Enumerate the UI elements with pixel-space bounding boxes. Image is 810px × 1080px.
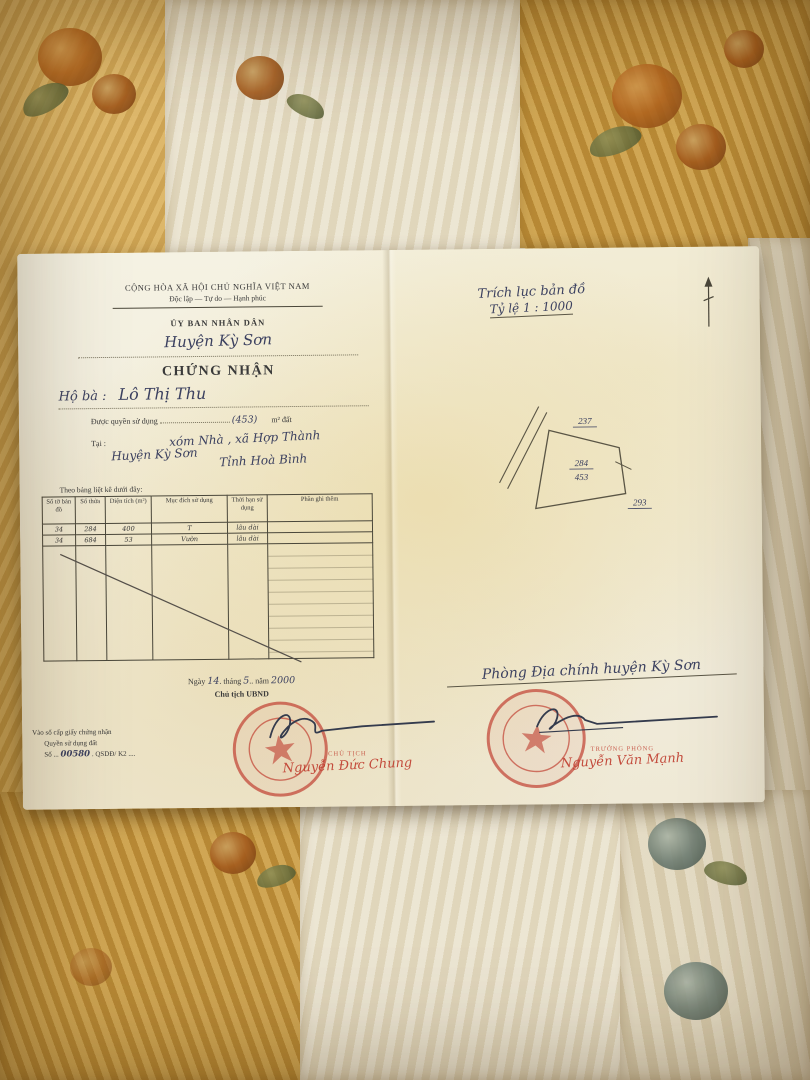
registry-line3-prefix: Số ... [44, 750, 58, 758]
address-province: Tỉnh Hoà Bình [219, 451, 307, 469]
rose-flower [38, 28, 102, 86]
grant-label: Được quyền sử dụng [91, 416, 158, 426]
edge-length-right: 293 [633, 497, 647, 507]
address-district: Huyện Kỳ Sơn [111, 446, 198, 464]
parcel-area: 453 [575, 472, 589, 482]
rose-flower [724, 30, 764, 68]
land-certificate-document: CỘNG HÒA XÃ HỘI CHỦ NGHĨA VIỆT NAM Độc l… [17, 246, 765, 810]
fabric-patch [620, 790, 810, 1080]
holder-label: Hộ bà : [59, 389, 107, 405]
parcel-table-wrap: Số tờ bản đồ Số thửa Diện tích (m²) Mục … [42, 493, 374, 668]
motto-underline [113, 306, 323, 309]
parcel-sketch: 237 284 453 293 [497, 405, 658, 525]
photo-scene: CỘNG HÒA XÃ HỘI CHỦ NGHĨA VIỆT NAM Độc l… [0, 0, 810, 1080]
rose-flower [612, 64, 682, 128]
ruled-line [78, 354, 358, 358]
ruled-line [59, 405, 369, 409]
rose-flower [70, 948, 112, 986]
issuing-agency: ỦY BAN NHÂN DÂN [88, 316, 348, 329]
fabric-patch [0, 792, 320, 1080]
date-prefix: Ngày [188, 677, 205, 686]
table-intro: Theo bảng liệt kê dưới đây: [60, 485, 143, 495]
rose-flower [676, 124, 726, 170]
national-motto-line2: Độc lập — Tự do — Hạnh phúc [88, 292, 348, 304]
registry-number: 00580 [60, 749, 90, 759]
chairman-signature [262, 701, 442, 749]
fabric-patch [300, 800, 630, 1080]
rose-flower [648, 818, 706, 870]
area-unit: m² đất [271, 415, 291, 424]
map-scale: Tỷ lệ 1 : 1000 [489, 299, 573, 319]
date-year: 2000 [271, 675, 295, 686]
issuing-agency-handwritten: Huyện Kỳ Sơn [88, 328, 348, 353]
fabric-patch [165, 0, 525, 258]
edge-length-top: 237 [578, 416, 592, 426]
cancel-strike-line [42, 493, 374, 668]
area-value: (453) [232, 414, 258, 425]
fabric-patch [520, 0, 810, 248]
registry-line3-suffix: . QSDĐ/ K2 .... [92, 750, 136, 758]
north-arrow-icon [699, 275, 718, 331]
date-word-year: năm [255, 676, 269, 685]
dotted-blank [160, 422, 230, 424]
rose-flower [210, 832, 256, 874]
national-motto-line1: CỘNG HÒA XÃ HỘI CHỦ NGHĨA VIỆT NAM [57, 280, 377, 293]
location-label: Tại : [91, 439, 106, 448]
holder-name: Lô Thị Thu [118, 384, 206, 404]
certificate-title: CHỨNG NHẬN [88, 362, 348, 381]
parcel-number: 284 [575, 458, 589, 468]
rose-flower [92, 74, 136, 114]
date-day: 14 [207, 676, 219, 687]
date-word-month: tháng [223, 677, 241, 686]
rose-flower [664, 962, 728, 1020]
rose-flower [236, 56, 284, 100]
office-head-signature [527, 694, 727, 740]
